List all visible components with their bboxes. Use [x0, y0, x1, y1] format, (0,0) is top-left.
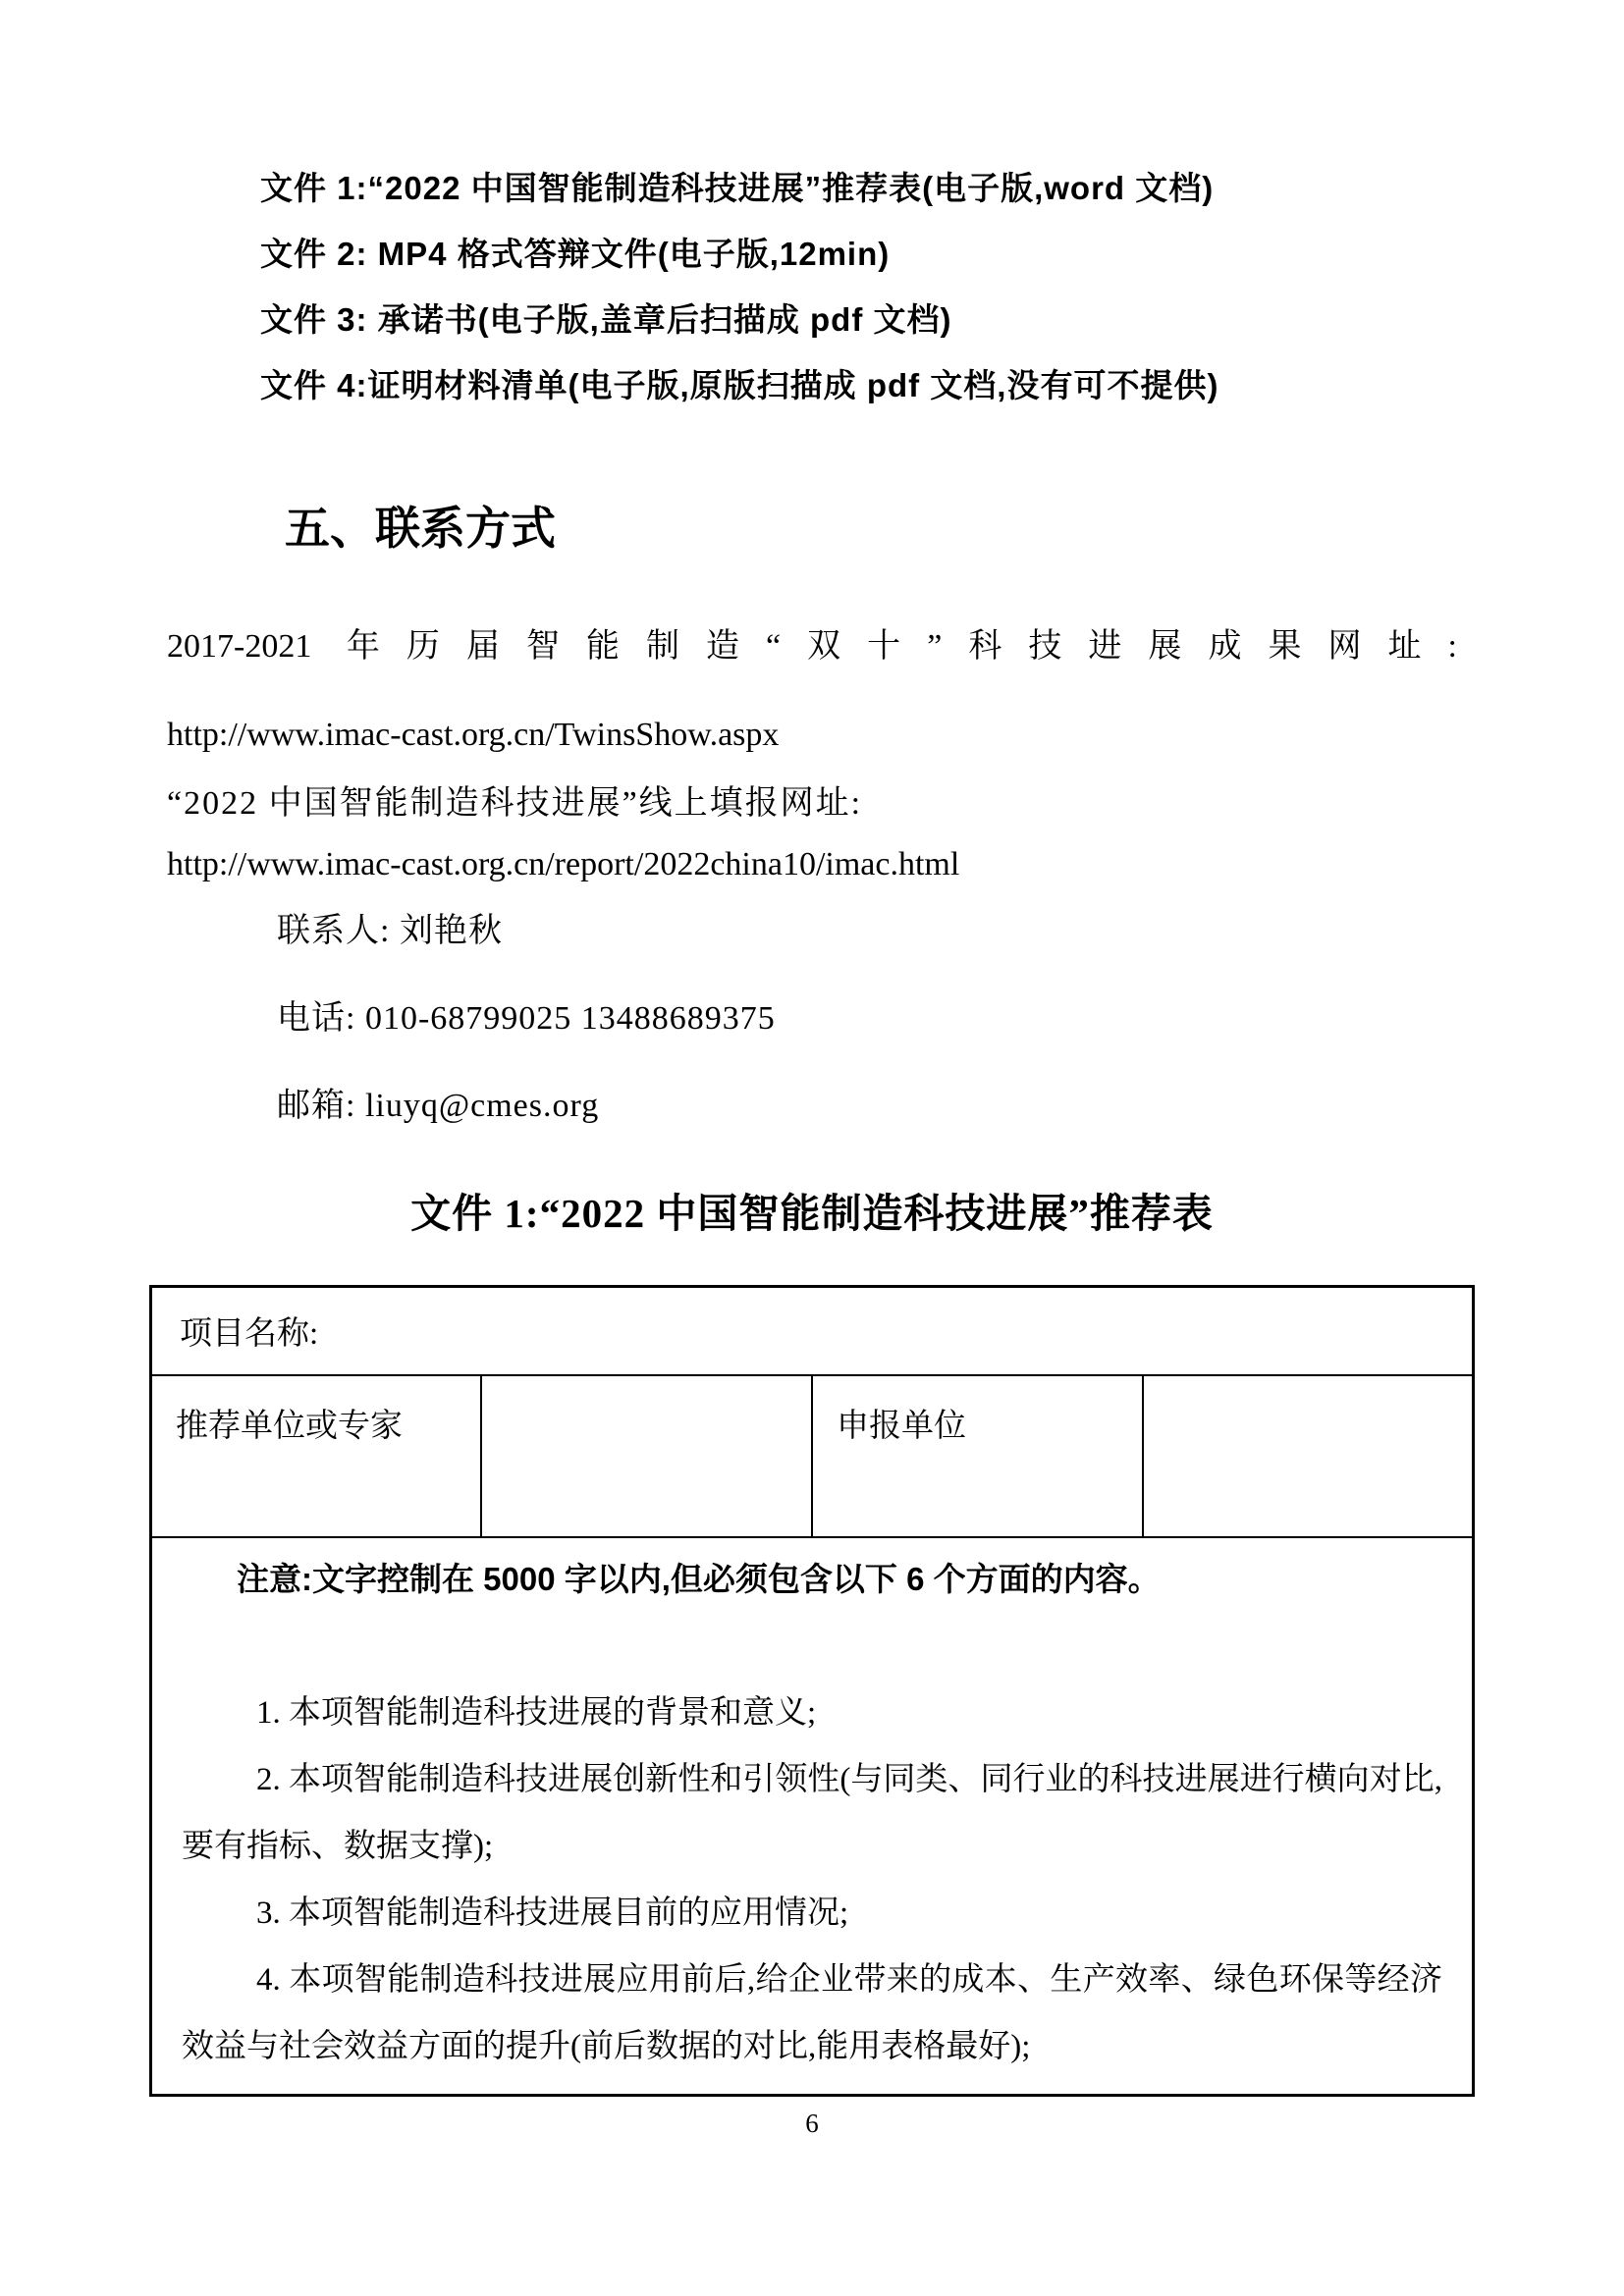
- attachment-line-1: 文件 1:“2022 中国智能制造科技进展”推荐表(电子版,word 文档): [260, 169, 1457, 208]
- requirements-cell[interactable]: 注意:文字控制在 5000 字以内,但必须包含以下 6 个方面的内容。 1. 本…: [151, 1537, 1474, 2096]
- recommender-value-cell[interactable]: [481, 1375, 812, 1537]
- contact-email: 邮箱: liuyq@cmes.org: [277, 1085, 1457, 1128]
- recommendation-table: 项目名称: 推荐单位或专家 申报单位 注意:文字控制在 5000 字以内,但必须…: [149, 1285, 1475, 2097]
- recommender-label-cell: 推荐单位或专家: [151, 1375, 482, 1537]
- section-heading-contact: 五、联系方式: [285, 502, 1457, 555]
- online-report-url: http://www.imac-cast.org.cn/report/2022c…: [167, 843, 1457, 886]
- project-name-row: 项目名称:: [151, 1287, 1474, 1375]
- page-number: 6: [0, 2109, 1624, 2139]
- spacer: [182, 1613, 1442, 1680]
- attachment-line-2: 文件 2: MP4 格式答辩文件(电子版,12min): [260, 235, 1457, 274]
- project-name-cell[interactable]: 项目名称:: [151, 1287, 1474, 1375]
- form-title: 文件 1:“2022 中国智能制造科技进展”推荐表: [167, 1189, 1457, 1238]
- document-page: 文件 1:“2022 中国智能制造科技进展”推荐表(电子版,word 文档) 文…: [0, 0, 1624, 2296]
- attachment-line-4: 文件 4:证明材料清单(电子版,原版扫描成 pdf 文档,没有可不提供): [260, 366, 1457, 405]
- note-line: 注意:文字控制在 5000 字以内,但必须包含以下 6 个方面的内容。: [182, 1546, 1442, 1613]
- online-report-line: “2022 中国智能制造科技进展”线上填报网址:: [167, 782, 1457, 826]
- history-sites-line: 2017-2021 年历届智能制造“双十”科技进展成果网址:: [167, 625, 1457, 668]
- attachment-line-3: 文件 3: 承诺书(电子版,盖章后扫描成 pdf 文档): [260, 300, 1457, 340]
- requirement-item-4: 4. 本项智能制造科技进展应用前后,给企业带来的成本、生产效率、绿色环保等经济效…: [182, 1947, 1442, 2080]
- requirements-row: 注意:文字控制在 5000 字以内,但必须包含以下 6 个方面的内容。 1. 本…: [151, 1537, 1474, 2096]
- requirement-item-2: 2. 本项智能制造科技进展创新性和引领性(与同类、同行业的科技进展进行横向对比,…: [182, 1746, 1442, 1880]
- applicant-value-cell[interactable]: [1143, 1375, 1474, 1537]
- requirement-item-1: 1. 本项智能制造科技进展的背景和意义;: [182, 1680, 1442, 1746]
- history-sites-url: http://www.imac-cast.org.cn/TwinsShow.as…: [167, 714, 1457, 757]
- contact-phone: 电话: 010-68799025 13488689375: [277, 997, 1457, 1041]
- attachment-list: 文件 1:“2022 中国智能制造科技进展”推荐表(电子版,word 文档) 文…: [167, 169, 1457, 405]
- applicant-label-cell: 申报单位: [812, 1375, 1143, 1537]
- requirement-item-3: 3. 本项智能制造科技进展目前的应用情况;: [182, 1880, 1442, 1947]
- contact-person: 联系人: 刘艳秋: [277, 910, 1457, 953]
- party-row: 推荐单位或专家 申报单位: [151, 1375, 1474, 1537]
